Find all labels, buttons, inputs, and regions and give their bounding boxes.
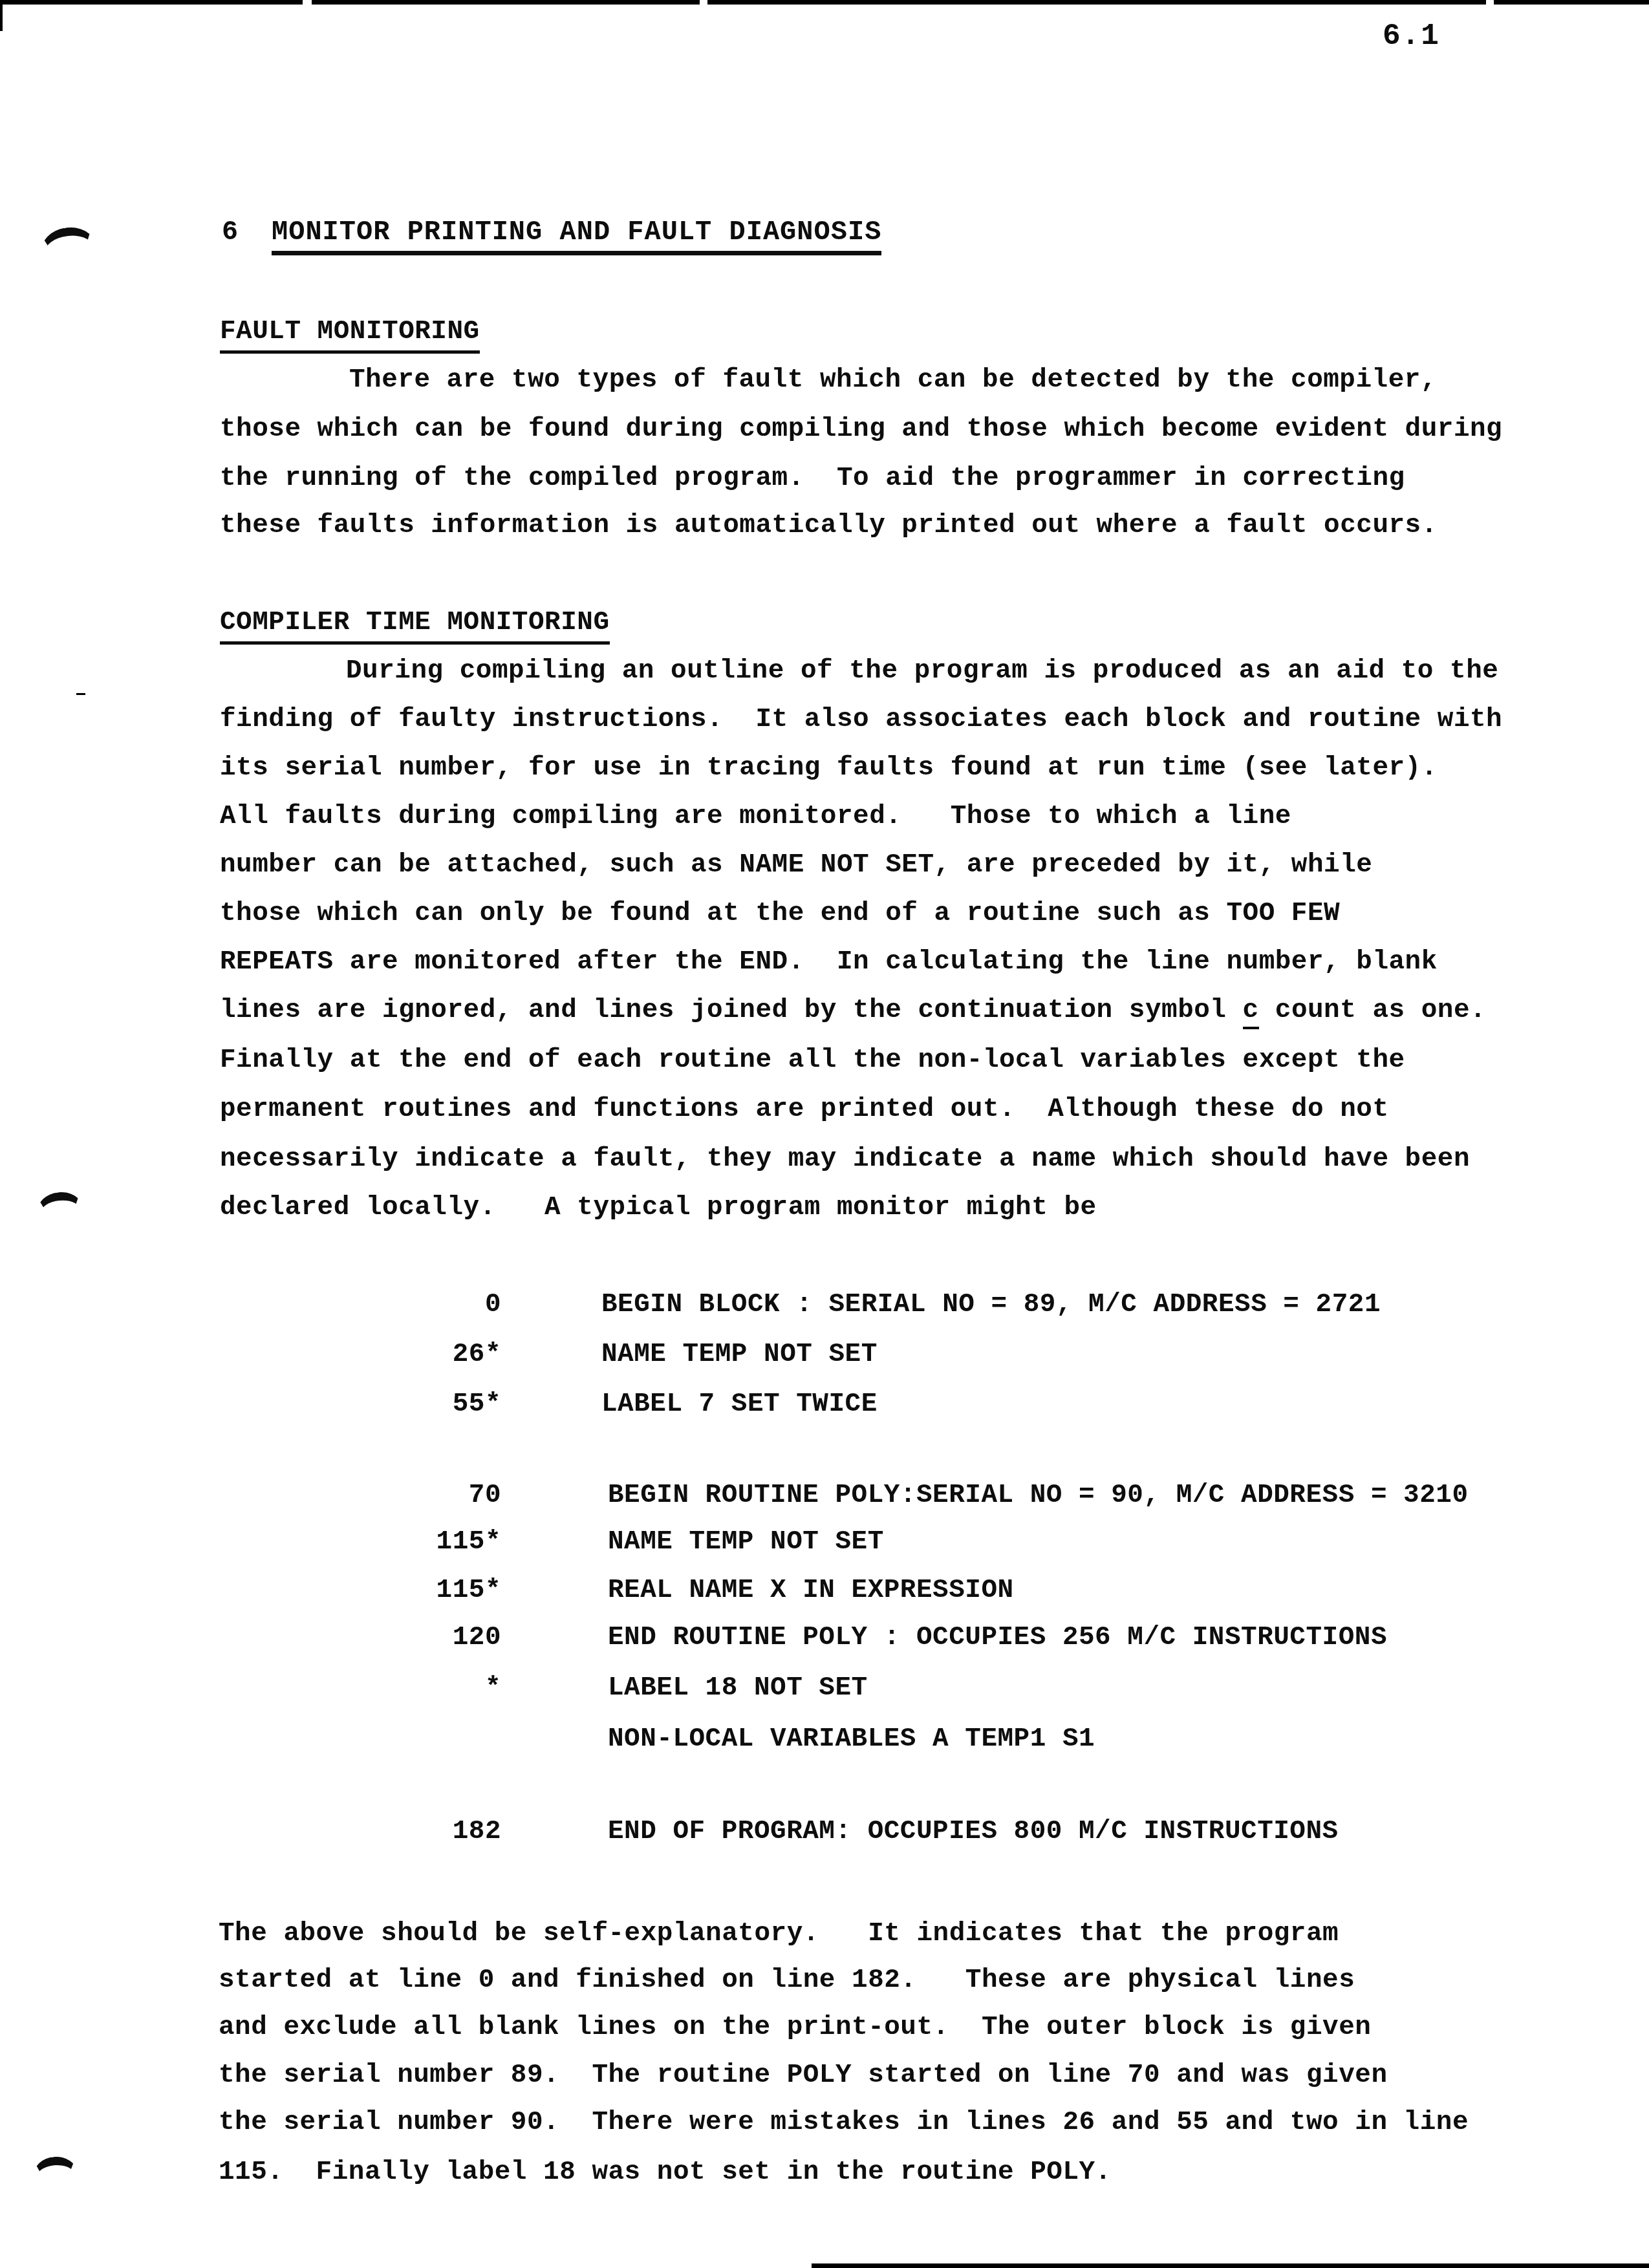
subheading-text: COMPILER TIME MONITORING <box>220 608 610 645</box>
listing-line-number: * <box>359 1673 501 1703</box>
section-number: 6 <box>222 217 239 248</box>
section-heading: MONITOR PRINTING AND FAULT DIAGNOSIS <box>272 217 881 255</box>
paragraph-line: The above should be self-explanatory. It… <box>219 1919 1339 1949</box>
paragraph-line: and exclude all blank lines on the print… <box>219 2013 1371 2043</box>
subheading-compiler-time-monitoring: COMPILER TIME MONITORING <box>220 608 610 645</box>
line-text: count as one. <box>1259 996 1486 1025</box>
pen-mark <box>39 224 98 273</box>
paragraph-line: number can be attached, such as NAME NOT… <box>220 850 1372 881</box>
listing-line-number: 26* <box>359 1340 501 1369</box>
paragraph-line: During compiling an outline of the progr… <box>346 656 1498 687</box>
line-text: lines are ignored, and lines joined by t… <box>220 996 1243 1025</box>
paragraph-line: started at line 0 and finished on line 1… <box>219 1965 1355 1996</box>
paragraph-line: the serial number 90. There were mistake… <box>219 2108 1469 2138</box>
listing-message: END OF PROGRAM: OCCUPIES 800 M/C INSTRUC… <box>608 1817 1339 1847</box>
listing-line-number: 70 <box>359 1481 501 1510</box>
subheading-text: FAULT MONITORING <box>220 317 480 354</box>
listing-line-number: 0 <box>359 1290 501 1320</box>
listing-message: NAME TEMP NOT SET <box>608 1527 884 1557</box>
page-number: 6.1 <box>1383 19 1440 54</box>
paragraph-line: these faults information is automaticall… <box>220 511 1438 541</box>
paragraph-line: its serial number, for use in tracing fa… <box>220 753 1438 784</box>
listing-message: END ROUTINE POLY : OCCUPIES 256 M/C INST… <box>608 1623 1387 1653</box>
pen-mark <box>36 1190 84 1230</box>
listing-line-number: 115* <box>359 1576 501 1605</box>
listing-message: LABEL 7 SET TWICE <box>601 1389 878 1420</box>
listing-message: BEGIN BLOCK : SERIAL NO = 89, M/C ADDRES… <box>601 1290 1381 1320</box>
scan-artifact-top-edge <box>0 0 1649 5</box>
paragraph-line: Finally at the end of each routine all t… <box>220 1045 1405 1076</box>
paragraph-line: those which can be found during compilin… <box>220 414 1502 445</box>
subheading-fault-monitoring: FAULT MONITORING <box>220 317 480 354</box>
pen-mark <box>32 2156 79 2194</box>
scan-artifact-left-edge <box>0 0 3 31</box>
listing-message: NAME TEMP NOT SET <box>601 1340 878 1370</box>
paragraph-line: declared locally. A typical program moni… <box>220 1193 1097 1223</box>
listing-line-number: 182 <box>359 1817 501 1846</box>
scan-speck <box>76 693 85 695</box>
scan-artifact-top-gap <box>700 0 707 5</box>
paragraph-line: All faults during compiling are monitore… <box>220 802 1291 832</box>
paragraph-line: finding of faulty instructions. It also … <box>220 705 1502 735</box>
paragraph-line: REPEATS are monitored after the END. In … <box>220 947 1438 978</box>
listing-message: LABEL 18 NOT SET <box>608 1673 868 1704</box>
listing-line-number: 115* <box>359 1527 501 1557</box>
listing-message: BEGIN ROUTINE POLY:SERIAL NO = 90, M/C A… <box>608 1481 1469 1511</box>
paragraph-line-with-underlined-symbol: lines are ignored, and lines joined by t… <box>220 996 1486 1029</box>
paragraph-line: 115. Finally label 18 was not set in the… <box>219 2157 1112 2188</box>
paragraph-line: those which can only be found at the end… <box>220 899 1340 929</box>
listing-line-number: 55* <box>359 1389 501 1419</box>
section-heading-text: MONITOR PRINTING AND FAULT DIAGNOSIS <box>272 217 881 255</box>
continuation-symbol: c <box>1243 996 1259 1029</box>
paragraph-line: There are two types of fault which can b… <box>349 365 1437 396</box>
listing-line-number: 120 <box>359 1623 501 1653</box>
listing-message: REAL NAME X IN EXPRESSION <box>608 1576 1014 1606</box>
scan-artifact-bottom-edge <box>812 2263 1649 2268</box>
listing-message: NON-LOCAL VARIABLES A TEMP1 S1 <box>608 1724 1095 1755</box>
paragraph-line: necessarily indicate a fault, they may i… <box>220 1144 1470 1175</box>
scanned-document-page: 6.1 6 MONITOR PRINTING AND FAULT DIAGNOS… <box>0 0 1649 2268</box>
scan-artifact-top-gap <box>303 0 312 5</box>
paragraph-line: the running of the compiled program. To … <box>220 464 1405 494</box>
paragraph-line: the serial number 89. The routine POLY s… <box>219 2060 1388 2091</box>
paragraph-line: permanent routines and functions are pri… <box>220 1095 1389 1125</box>
scan-artifact-top-gap <box>1486 0 1494 5</box>
